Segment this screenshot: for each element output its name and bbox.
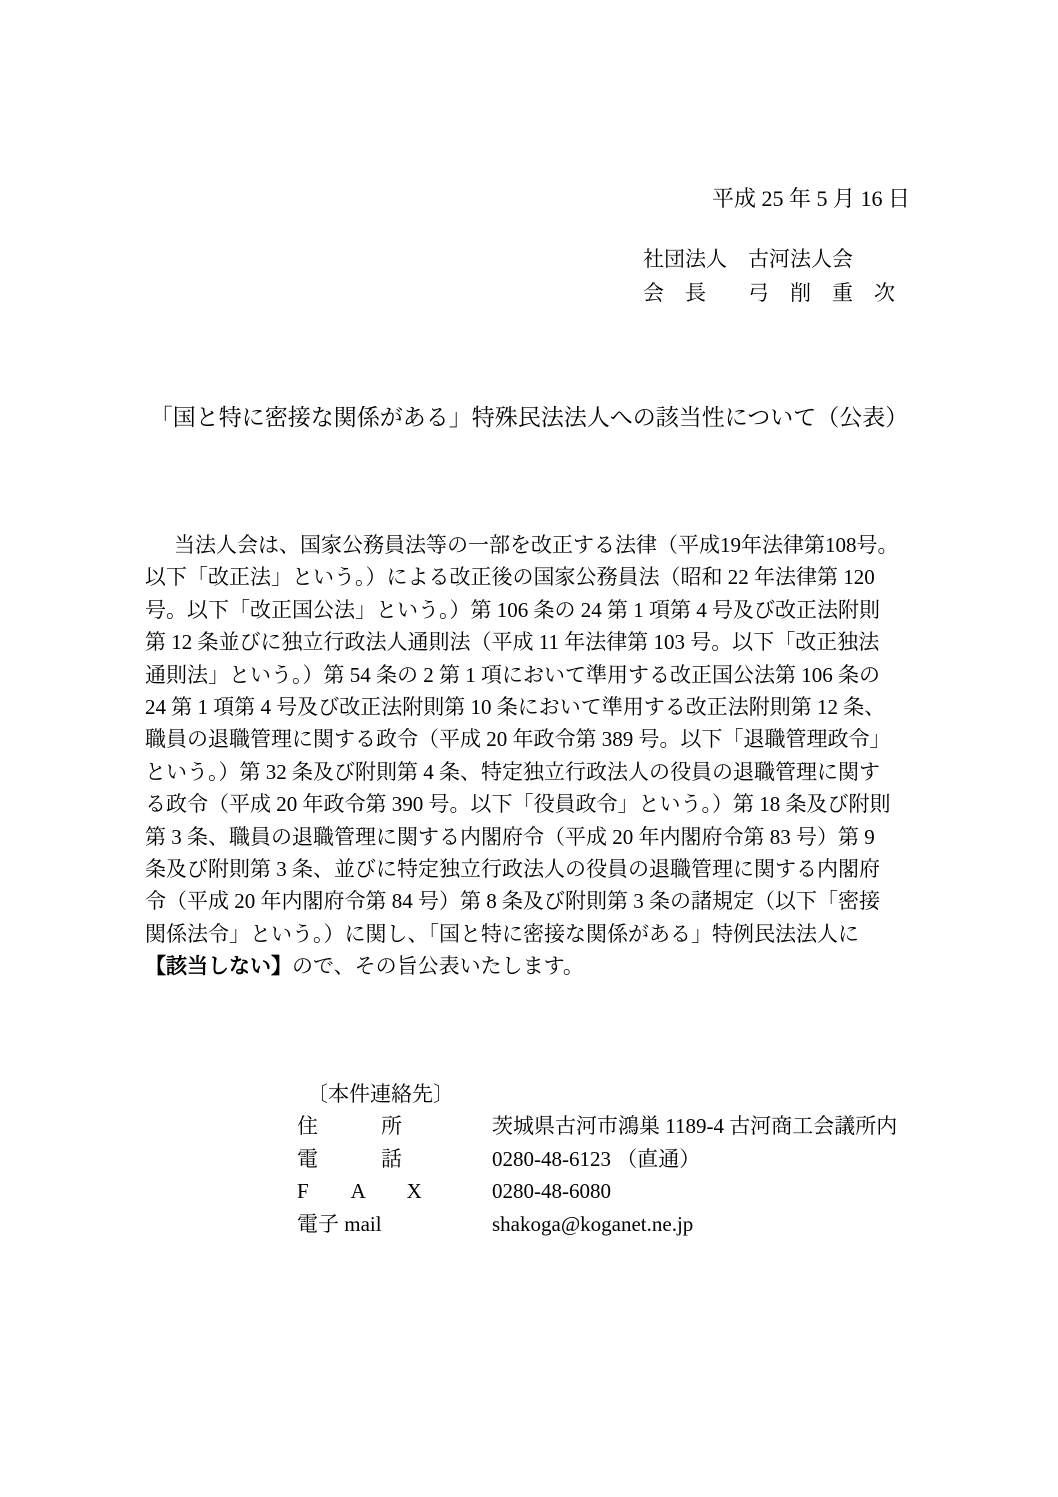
body-line: という。）第 32 条及び附則第 4 条、特定独立行政法人の役員の退職管理に関す: [145, 756, 945, 788]
body-line: 関係法令」という。）に関し、「国と特に密接な関係がある」特例民法法人に: [145, 918, 945, 950]
contact-section: 〔本件連絡先〕 住 所 茨城県古河市鴻巣 1189-4 古河商工会議所内 電 話…: [297, 1078, 897, 1240]
document-date: 平成 25 年 5 月 16 日: [712, 182, 910, 213]
contact-value-fax: 0280-48-6080: [492, 1175, 611, 1207]
body-line: 以下「改正法」という。）による改正後の国家公務員法（昭和 22 年法律第 120: [145, 561, 945, 593]
document-page: 平成 25 年 5 月 16 日 社団法人 古河法人会 会 長 弓 削 重 次 …: [0, 0, 1058, 1497]
contact-label-address: 住 所: [297, 1110, 492, 1142]
body-line: 通則法」という。）第 54 条の 2 第 1 項において準用する改正国公法第 1…: [145, 659, 945, 691]
contact-row-phone: 電 話 0280-48-6123 （直通）: [297, 1143, 897, 1175]
contact-label-email: 電子 mail: [297, 1208, 492, 1240]
body-line: 第 3 条、職員の退職管理に関する内閣府令（平成 20 年内閣府令第 83 号）…: [145, 821, 945, 853]
body-line: 令（平成 20 年内閣府令第 84 号）第 8 条及び附則第 3 条の諸規定（以…: [145, 885, 945, 917]
contact-value-address: 茨城県古河市鴻巣 1189-4 古河商工会議所内: [492, 1110, 897, 1142]
contact-value-email: shakoga@koganet.ne.jp: [492, 1208, 693, 1240]
body-line: 号。以下「改正国公法」という。）第 106 条の 24 第 1 項第 4 号及び…: [145, 594, 945, 626]
emphasis-not-applicable: 【該当しない】: [145, 954, 292, 978]
body-line: 24 第 1 項第 4 号及び改正法附則第 10 条において準用する改正法附則第…: [145, 691, 945, 723]
sender-block: 社団法人 古河法人会 会 長 弓 削 重 次: [643, 242, 895, 310]
body-line-final: 【該当しない】ので、その旨公表いたします。: [145, 950, 945, 982]
contact-row-fax: F A X 0280-48-6080: [297, 1175, 897, 1207]
contact-value-phone: 0280-48-6123 （直通）: [492, 1143, 700, 1175]
contact-label-fax: F A X: [297, 1175, 492, 1207]
sender-representative: 会 長 弓 削 重 次: [643, 276, 895, 310]
contact-header: 〔本件連絡先〕: [297, 1078, 897, 1110]
body-paragraph: 当法人会は、国家公務員法等の一部を改正する法律（平成19年法律第108号。 以下…: [145, 529, 945, 983]
body-line: る政令（平成 20 年政令第 390 号。以下「役員政令」という。）第 18 条…: [145, 788, 945, 820]
body-line: 当法人会は、国家公務員法等の一部を改正する法律（平成19年法律第108号。: [145, 529, 945, 561]
body-line: 条及び附則第 3 条、並びに特定独立行政法人の役員の退職管理に関する内閣府: [145, 853, 945, 885]
sender-organization: 社団法人 古河法人会: [643, 242, 895, 276]
contact-row-email: 電子 mail shakoga@koganet.ne.jp: [297, 1208, 897, 1240]
body-line: 職員の退職管理に関する政令（平成 20 年政令第 389 号。以下「退職管理政令…: [145, 723, 945, 755]
body-line: 第 12 条並びに独立行政法人通則法（平成 11 年法律第 103 号。以下「改…: [145, 626, 945, 658]
contact-row-address: 住 所 茨城県古河市鴻巣 1189-4 古河商工会議所内: [297, 1110, 897, 1142]
body-line-final-rest: ので、その旨公表いたします。: [292, 954, 584, 978]
document-title: 「国と特に密接な関係がある」特殊民法法人への該当性について（公表）: [0, 399, 1058, 432]
contact-label-phone: 電 話: [297, 1143, 492, 1175]
